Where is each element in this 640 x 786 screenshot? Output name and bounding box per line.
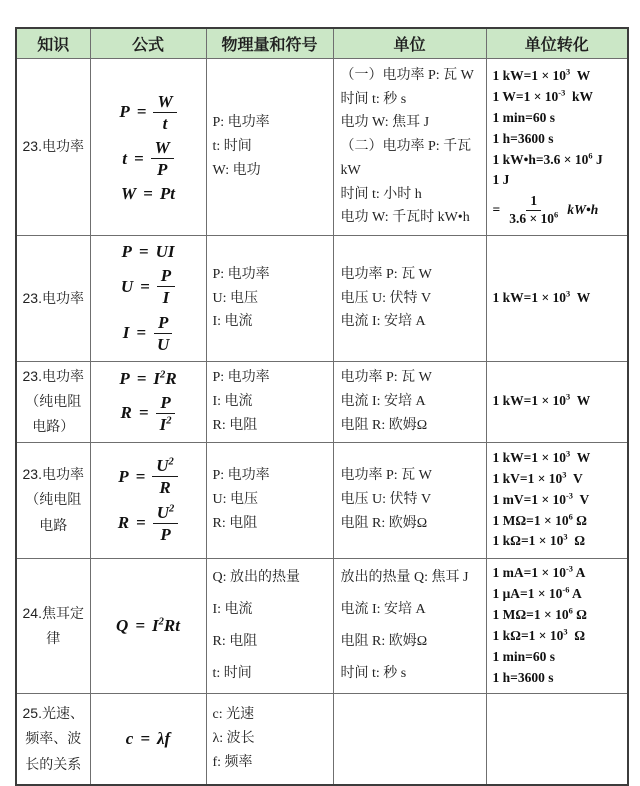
quantity-line: P: 电功率 <box>213 111 327 135</box>
formula-rhs: λf <box>157 729 170 749</box>
equals-sign: = <box>493 200 501 221</box>
units-cell: 电功率 P: 瓦 W电流 I: 安培 A电阻 R: 欧姆Ω <box>333 362 486 443</box>
formula-lhs: t <box>122 149 127 169</box>
header-units: 单位 <box>333 28 486 59</box>
table-row: 23.电功率P=UIU=PII=PUP: 电功率U: 电压I: 电流电功率 P:… <box>16 236 628 362</box>
fraction: PI2 <box>156 392 176 436</box>
knowledge-cell: 23.电功率（纯电阻电路） <box>16 362 90 443</box>
formula-lhs: Q <box>116 616 128 636</box>
header-quantities: 物理量和符号 <box>206 28 333 59</box>
formula-cell: Q=I2Rt <box>90 558 206 694</box>
unit-line: 电阻 R: 欧姆Ω <box>341 414 480 438</box>
conversion-line: 1 h=3600 s <box>493 668 625 689</box>
conversion-line: 1 kW=1 × 103 W <box>493 66 625 87</box>
conversions-cell: 1 kW=1 × 103 W1 kV=1 × 103 V1 mV=1 × 10-… <box>486 442 628 558</box>
conversion-line: 1 mA=1 × 10-3 A <box>493 563 625 584</box>
formula-rhs: UI <box>156 242 175 262</box>
page: { "colors": { "header_bg": "#cbe7c6", "g… <box>0 0 640 782</box>
conversion-line: 1 kW•h=3.6 × 106 J <box>493 150 625 171</box>
units-cell: 放出的热量 Q: 焦耳 J电流 I: 安培 A电阻 R: 欧姆Ω时间 t: 秒 … <box>333 558 486 694</box>
conversion-fraction-line: =13.6 × 106kW•h <box>493 193 625 228</box>
fraction: WP <box>151 137 174 181</box>
conversion-line: 1 kΩ=1 × 103 Ω <box>493 626 625 647</box>
unit-line: 电功率 P: 瓦 W <box>341 263 480 287</box>
table-row: 25.光速、频率、波长的关系c=λfc: 光速λ: 波长f: 频率 <box>16 694 628 785</box>
fraction: PU <box>153 312 173 356</box>
knowledge-cell: 23.电功率（纯电阻电路 <box>16 442 90 558</box>
equals-sign: = <box>139 403 149 423</box>
unit-line: 电功 W: 千瓦时 kW•h <box>341 206 480 230</box>
quantities-cell: Q: 放出的热量I: 电流R: 电阻t: 时间 <box>206 558 333 694</box>
conversion-line: 1 J <box>493 170 625 191</box>
conversion-line: 1 MΩ=1 × 106 Ω <box>493 511 625 532</box>
table-row: 23.电功率（纯电阻电路P=U2RR=U2PP: 电功率U: 电压R: 电阻电功… <box>16 442 628 558</box>
quantity-line: I: 电流 <box>213 594 327 626</box>
fraction-numerator: U2 <box>152 455 178 477</box>
conversions-cell: 1 kW=1 × 103 W <box>486 362 628 443</box>
fraction-numerator: P <box>154 312 172 334</box>
formula-cell: P=U2RR=U2P <box>90 442 206 558</box>
fraction-numerator: W <box>153 91 176 113</box>
formula-line: W=Pt <box>97 184 200 204</box>
fraction-numerator: P <box>156 392 174 414</box>
fraction-denominator: U <box>153 334 173 355</box>
fraction-numerator: U2 <box>153 502 179 524</box>
formula-line: P=I2R <box>97 369 200 389</box>
equals-sign: = <box>137 102 147 122</box>
formula-rhs: I2R <box>153 369 176 389</box>
conversion-line: 1 mV=1 × 10-3 V <box>493 490 625 511</box>
formula-line: P=U2R <box>97 455 200 499</box>
formula-line: t=WP <box>97 137 200 181</box>
conversion-line: 1 kΩ=1 × 103 Ω <box>493 531 625 552</box>
table-body: 23.电功率P=Wtt=WPW=PtP: 电功率t: 时间W: 电功（一）电功率… <box>16 59 628 785</box>
unit-line: 电阻 R: 欧姆Ω <box>341 512 480 536</box>
equals-sign: = <box>140 729 150 749</box>
fraction: PI <box>157 265 175 309</box>
units-cell <box>333 694 486 785</box>
equals-sign: = <box>136 467 146 487</box>
equals-sign: = <box>136 513 146 533</box>
formula-lhs: W <box>121 184 136 204</box>
unit-line: 电功率 P: 瓦 W <box>341 464 480 488</box>
equals-sign: = <box>134 149 144 169</box>
unit-line: （二）电功率 P: 千瓦 kW <box>341 135 480 183</box>
formula-lhs: R <box>118 513 129 533</box>
quantities-cell: P: 电功率I: 电流R: 电阻 <box>206 362 333 443</box>
formula-lhs: P <box>122 242 132 262</box>
quantity-line: P: 电功率 <box>213 263 327 287</box>
unit-line: （一）电功率 P: 瓦 W <box>341 64 480 88</box>
fraction-denominator: P <box>156 524 174 545</box>
knowledge-cell: 23.电功率 <box>16 59 90 236</box>
fraction-numerator: P <box>157 265 175 287</box>
conversion-line: 1 μA=1 × 10-6 A <box>493 584 625 605</box>
equals-sign: = <box>139 242 149 262</box>
formula-lhs: P <box>119 102 129 122</box>
conversion-line: 1 min=60 s <box>493 108 625 129</box>
quantity-line: I: 电流 <box>213 390 327 414</box>
header-formula: 公式 <box>90 28 206 59</box>
fraction-denominator: I <box>159 287 174 308</box>
formula-line: U=PI <box>97 265 200 309</box>
formula-cell: P=Wtt=WPW=Pt <box>90 59 206 236</box>
header-conversions: 单位转化 <box>486 28 628 59</box>
formula-line: P=Wt <box>97 91 200 135</box>
equals-sign: = <box>143 184 153 204</box>
units-cell: 电功率 P: 瓦 W电压 U: 伏特 V电流 I: 安培 A <box>333 236 486 362</box>
knowledge-cell: 23.电功率 <box>16 236 90 362</box>
quantities-cell: c: 光速λ: 波长f: 频率 <box>206 694 333 785</box>
fraction-denominator: t <box>159 113 172 134</box>
quantity-line: R: 电阻 <box>213 626 327 658</box>
conversion-line: 1 MΩ=1 × 106 Ω <box>493 605 625 626</box>
table-header: 知识 公式 物理量和符号 单位 单位转化 <box>16 28 628 59</box>
quantities-cell: P: 电功率t: 时间W: 电功 <box>206 59 333 236</box>
formula-lhs: P <box>118 467 128 487</box>
formula-rhs: I2Rt <box>152 616 180 636</box>
unit-line: 电压 U: 伏特 V <box>341 488 480 512</box>
formula-line: c=λf <box>97 729 200 749</box>
fraction-denominator: 3.6 × 106 <box>505 211 562 228</box>
unit-line: 时间 t: 小时 h <box>341 183 480 207</box>
fraction-denominator: I2 <box>156 414 176 435</box>
formula-lhs: R <box>121 403 132 423</box>
knowledge-cell: 25.光速、频率、波长的关系 <box>16 694 90 785</box>
fraction-denominator: R <box>155 477 174 498</box>
fraction-numerator: 1 <box>526 193 541 211</box>
equals-sign: = <box>140 277 150 297</box>
quantity-line: U: 电压 <box>213 287 327 311</box>
table-row: 23.电功率（纯电阻电路）P=I2RR=PI2P: 电功率I: 电流R: 电阻电… <box>16 362 628 443</box>
quantity-line: Q: 放出的热量 <box>213 562 327 594</box>
unit-line: 电流 I: 安培 A <box>341 390 480 414</box>
equals-sign: = <box>135 616 145 636</box>
equals-sign: = <box>137 369 147 389</box>
unit-line: 电阻 R: 欧姆Ω <box>341 626 480 658</box>
conversion-line: 1 min=60 s <box>493 647 625 668</box>
conversion-line: 1 kW=1 × 103 W <box>493 448 625 469</box>
unit-line: 时间 t: 秒 s <box>341 658 480 690</box>
quantity-line: R: 电阻 <box>213 414 327 438</box>
table-row: 24.焦耳定律Q=I2RtQ: 放出的热量I: 电流R: 电阻t: 时间放出的热… <box>16 558 628 694</box>
unit-line: 放出的热量 Q: 焦耳 J <box>341 562 480 594</box>
unit-line: 电功 W: 焦耳 J <box>341 111 480 135</box>
conversion-line: 1 kW=1 × 103 W <box>493 288 625 309</box>
quantity-line: P: 电功率 <box>213 366 327 390</box>
unit-line: 电流 I: 安培 A <box>341 310 480 334</box>
unit-line: 时间 t: 秒 s <box>341 88 480 112</box>
conversion-unit: kW•h <box>567 200 598 221</box>
formula-line: P=UI <box>97 242 200 262</box>
fraction-numerator: W <box>151 137 174 159</box>
formula-lhs: I <box>123 323 130 343</box>
formula-lhs: c <box>126 729 134 749</box>
unit-line: 电流 I: 安培 A <box>341 594 480 626</box>
formula-cell: P=I2RR=PI2 <box>90 362 206 443</box>
formula-cell: c=λf <box>90 694 206 785</box>
quantity-line: t: 时间 <box>213 658 327 690</box>
quantity-line: c: 光速 <box>213 703 327 727</box>
table-row: 23.电功率P=Wtt=WPW=PtP: 电功率t: 时间W: 电功（一）电功率… <box>16 59 628 236</box>
conversion-line: 1 W=1 × 10-3 kW <box>493 87 625 108</box>
quantity-line: U: 电压 <box>213 488 327 512</box>
formula-line: R=U2P <box>97 502 200 546</box>
quantity-line: I: 电流 <box>213 310 327 334</box>
units-cell: （一）电功率 P: 瓦 W时间 t: 秒 s电功 W: 焦耳 J（二）电功率 P… <box>333 59 486 236</box>
conversions-cell: 1 mA=1 × 10-3 A1 μA=1 × 10-6 A1 MΩ=1 × 1… <box>486 558 628 694</box>
unit-line: 电功率 P: 瓦 W <box>341 366 480 390</box>
formula-cell: P=UIU=PII=PU <box>90 236 206 362</box>
conversion-line: 1 h=3600 s <box>493 129 625 150</box>
formula-line: R=PI2 <box>97 392 200 436</box>
knowledge-cell: 24.焦耳定律 <box>16 558 90 694</box>
fraction-denominator: P <box>153 159 171 180</box>
quantities-cell: P: 电功率U: 电压I: 电流 <box>206 236 333 362</box>
quantities-cell: P: 电功率U: 电压R: 电阻 <box>206 442 333 558</box>
fraction: Wt <box>153 91 176 135</box>
conversions-cell <box>486 694 628 785</box>
quantity-line: λ: 波长 <box>213 727 327 751</box>
units-cell: 电功率 P: 瓦 W电压 U: 伏特 V电阻 R: 欧姆Ω <box>333 442 486 558</box>
quantity-line: W: 电功 <box>213 159 327 183</box>
formula-line: Q=I2Rt <box>97 616 200 636</box>
formula-line: I=PU <box>97 312 200 356</box>
quantity-line: P: 电功率 <box>213 464 327 488</box>
conversions-cell: 1 kW=1 × 103 W <box>486 236 628 362</box>
quantity-line: R: 电阻 <box>213 512 327 536</box>
equals-sign: = <box>136 323 146 343</box>
fraction: U2R <box>152 455 178 499</box>
quantity-line: f: 频率 <box>213 751 327 775</box>
fraction: 13.6 × 106 <box>505 193 562 228</box>
formula-lhs: U <box>121 277 133 297</box>
header-knowledge: 知识 <box>16 28 90 59</box>
unit-line: 电压 U: 伏特 V <box>341 287 480 311</box>
conversions-cell: 1 kW=1 × 103 W1 W=1 × 10-3 kW1 min=60 s1… <box>486 59 628 236</box>
formula-rhs: Pt <box>160 184 175 204</box>
conversion-line: 1 kV=1 × 103 V <box>493 469 625 490</box>
formula-lhs: P <box>119 369 129 389</box>
conversion-line: 1 kW=1 × 103 W <box>493 391 625 412</box>
quantity-line: t: 时间 <box>213 135 327 159</box>
physics-formula-table: 知识 公式 物理量和符号 单位 单位转化 23.电功率P=Wtt=WPW=PtP… <box>15 27 629 786</box>
fraction: U2P <box>153 502 179 546</box>
